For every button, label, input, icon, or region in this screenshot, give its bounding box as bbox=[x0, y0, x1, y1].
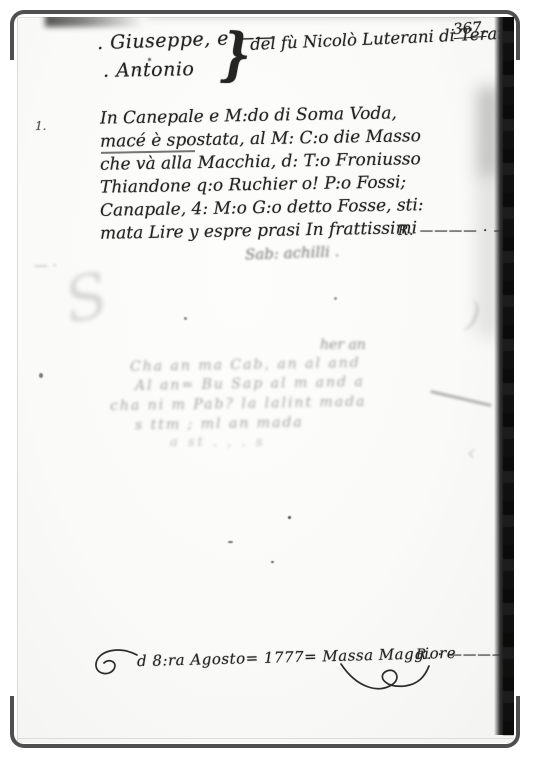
body-line: Canapale, 4: M:o G:o detto Fosse, sti: bbox=[100, 195, 424, 221]
body-line: Thiandone q:o Ruchier o! P:o Fossi; bbox=[100, 172, 407, 197]
smudged-line: Sab: achilli . bbox=[245, 242, 340, 263]
bleedthrough-angle: ‹ bbox=[467, 441, 476, 466]
bleedthrough-line: Al an= Bu Sap al m and a bbox=[135, 374, 365, 394]
scanned-manuscript-viewer: { "window": { "frame_color": "#4f4f4f", … bbox=[0, 0, 536, 760]
opening-flourish bbox=[93, 649, 139, 681]
ink-speck bbox=[271, 561, 274, 563]
ink-speck bbox=[334, 297, 337, 300]
ink-speck bbox=[228, 541, 233, 543]
bleedthrough-line: Cha an ma Cab, an al and bbox=[130, 355, 361, 375]
book-binding-core bbox=[503, 17, 514, 735]
ink-speck bbox=[288, 516, 291, 519]
bleedthrough-line: a st . , . s bbox=[170, 435, 265, 450]
bleedthrough-curve: S bbox=[58, 257, 115, 337]
scanned-page-image: 367. . Giuseppe, e —— } . Antonio del fù… bbox=[17, 17, 514, 743]
party-name-2: . Antonio bbox=[103, 58, 195, 82]
ink-speck bbox=[39, 373, 43, 378]
margin-entry-number: 1. bbox=[35, 119, 46, 133]
bleedthrough-line: cha ni m Pab? la lalint mada bbox=[110, 394, 367, 414]
body-line: In Canepale e M:do di Soma Voda, bbox=[100, 103, 397, 128]
bleedthrough-dash: — · bbox=[34, 258, 57, 274]
book-binding-edge bbox=[494, 17, 514, 735]
ink-speck bbox=[184, 317, 187, 320]
body-line: che và alla Macchia, d: T:o Froniusso bbox=[100, 149, 421, 175]
page-left-edge bbox=[17, 17, 18, 743]
bleedthrough-line: her an bbox=[320, 337, 366, 353]
bleedthrough-diagonal-stroke bbox=[431, 390, 492, 406]
body-line: mata Lire y espre prasi In frattissimi bbox=[100, 218, 417, 244]
brace-glyph: } bbox=[220, 20, 251, 89]
closing-flourish bbox=[339, 658, 431, 698]
bleedthrough-line: s ttm ; ml an mada bbox=[135, 415, 304, 434]
viewer-frame-bottom-bracket bbox=[10, 696, 520, 748]
body-line: macé è spostata, al M: C:o die Masso bbox=[100, 126, 421, 152]
